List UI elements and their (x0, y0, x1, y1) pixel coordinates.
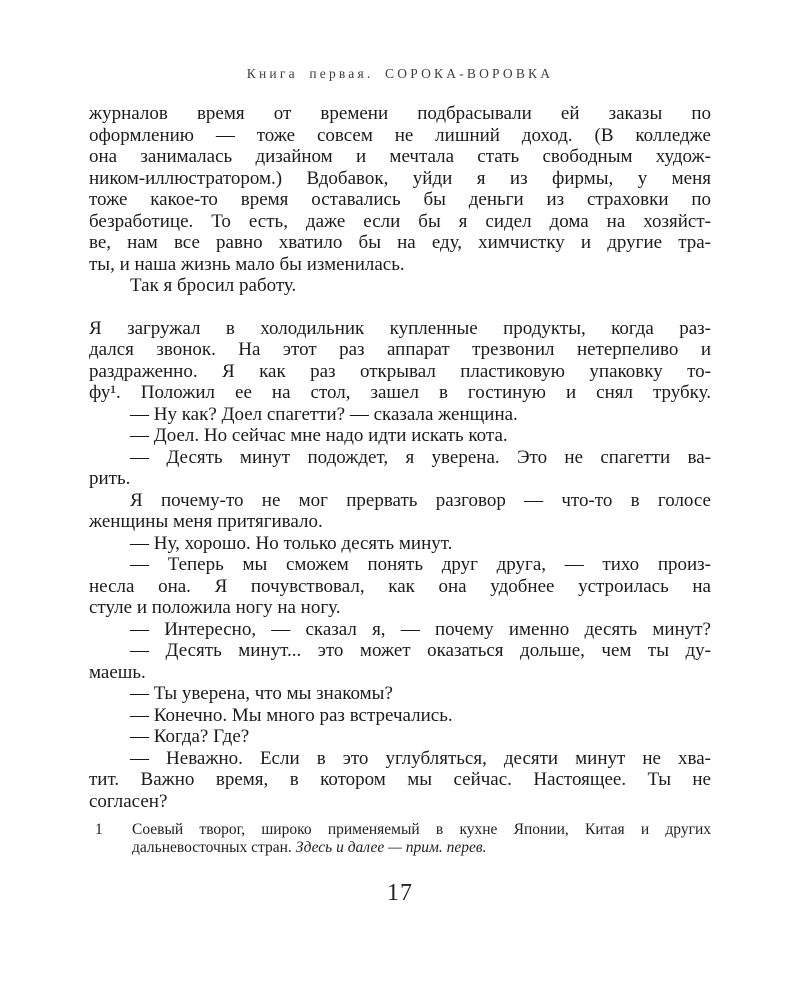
footnote-line: Соевый творог, широко применяемый в кухн… (132, 821, 711, 839)
text-line: — Конечно. Мы много раз встречались. (89, 705, 711, 727)
text-line: — Теперь мы сможем понять друг друга, — … (89, 554, 711, 576)
footnote-line-regular: дальневосточных стран. (132, 839, 296, 856)
text-line: ником-иллюстратором.) Вдобавок, уйди я и… (89, 168, 711, 190)
text-line: маешь. (89, 662, 711, 684)
text-line: ве, нам все равно хватило бы на еду, хим… (89, 232, 711, 254)
text-line: Так я бросил работу. (89, 275, 711, 297)
text-line: Я почему-то не мог прервать разговор — ч… (89, 490, 711, 512)
text-line: она занималась дизайном и мечтала стать … (89, 146, 711, 168)
text-line: ты, и наша жизнь мало бы изменилась. (89, 254, 711, 276)
text-line: женщины меня притягивало. (89, 511, 711, 533)
text-line: тоже какое-то время оставались бы деньги… (89, 189, 711, 211)
text-line: — Когда? Где? (89, 726, 711, 748)
footnote-text: Соевый творог, широко применяемый в кухн… (132, 821, 711, 857)
text-line: тит. Важно время, в котором мы сейчас. Н… (89, 769, 711, 791)
text-line: — Ты уверена, что мы знакомы? (89, 683, 711, 705)
footnote-number: 1 (95, 821, 103, 839)
text-line: оформлению — тоже совсем не лишний доход… (89, 125, 711, 147)
footnote-line: дальневосточных стран. Здесь и далее — п… (132, 839, 711, 857)
book-page: Книга первая. СОРОКА-ВОРОВКА журналов вр… (0, 0, 800, 1000)
text-line: журналов время от времени подбрасывали е… (89, 103, 711, 125)
text-line: — Ну, хорошо. Но только десять минут. (89, 533, 711, 555)
text-line: — Ну как? Доел спагетти? — сказала женщи… (89, 404, 711, 426)
footnote-line-italic: Здесь и далее — прим. перев. (296, 839, 487, 856)
text-line: — Десять минут... это может оказаться до… (89, 640, 711, 662)
text-line: согласен? (89, 791, 711, 813)
text-line: рить. (89, 468, 711, 490)
text-line: — Доел. Но сейчас мне надо идти искать к… (89, 425, 711, 447)
text-line: стуле и положила ногу на ногу. (89, 597, 711, 619)
text-line: несла она. Я почувствовал, как она удобн… (89, 576, 711, 598)
running-header: Книга первая. СОРОКА-ВОРОВКА (89, 66, 711, 82)
text-line: раздраженно. Я как раз открывал пластико… (89, 361, 711, 383)
text-line: Я загружал в холодильник купленные проду… (89, 318, 711, 340)
text-line: — Неважно. Если в это углубляться, десят… (89, 748, 711, 770)
page-number: 17 (89, 880, 711, 907)
text-line: фу¹. Положил ее на стол, зашел в гостину… (89, 382, 711, 404)
footnote: 1 Соевый творог, широко применяемый в ку… (89, 821, 711, 857)
text-line: дался звонок. На этот раз аппарат трезво… (89, 339, 711, 361)
text-line: — Десять минут подождет, я уверена. Это … (89, 447, 711, 469)
text-line: — Интересно, — сказал я, — почему именно… (89, 619, 711, 641)
body-text: журналов время от времени подбрасывали е… (89, 103, 711, 812)
text-line: безработице. То есть, даже если бы я сид… (89, 211, 711, 233)
